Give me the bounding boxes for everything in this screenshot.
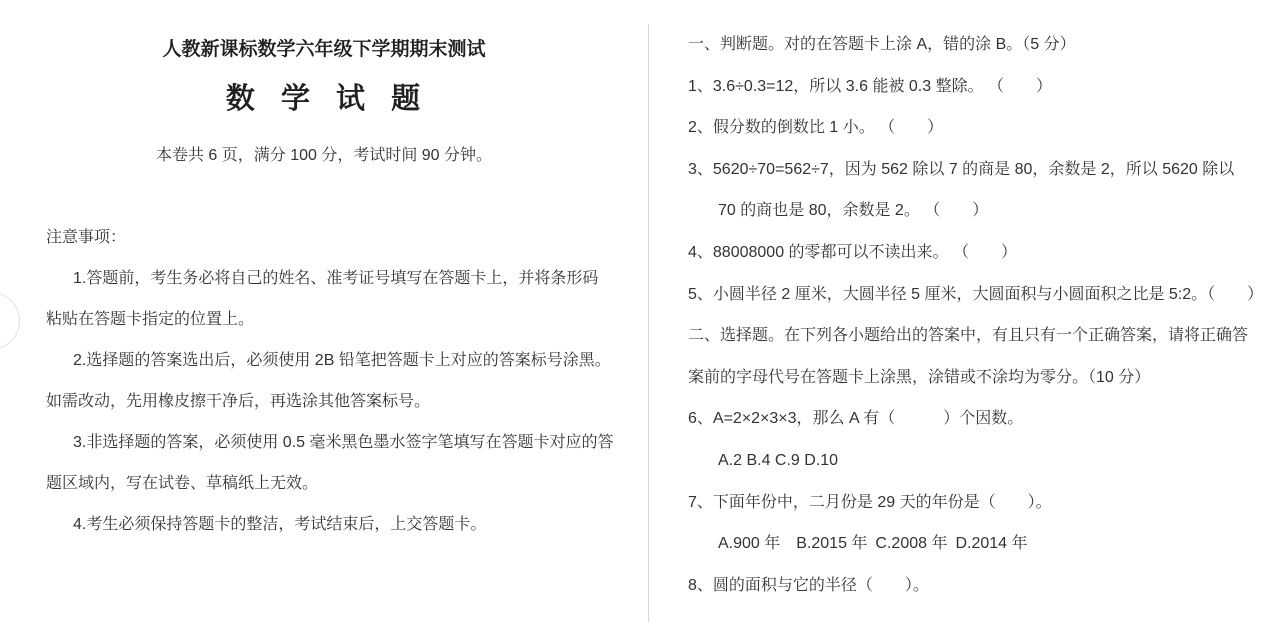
question-line: 4、88008000 的零都可以不读出来。 （ ）: [688, 232, 1274, 274]
question-line: A.2 B.4 C.9 D.10: [688, 440, 1274, 482]
note-line: 粘贴在答题卡指定的位置上。: [46, 299, 620, 340]
question-line: 7、下面年份中，二月份是 29 天的年份是（ ）。: [688, 482, 1274, 524]
question-line: 8、圆的面积与它的半径（ ）。: [688, 565, 1274, 607]
question-line: 3、5620÷70=562÷7，因为 562 除以 7 的商是 80，余数是 2…: [688, 149, 1274, 191]
notes-lines: 1.答题前，考生务必将自己的姓名、准考证号填写在答题卡上，并将条形码粘贴在答题卡…: [46, 258, 620, 545]
note-line: 2.选择题的答案选出后，必须使用 2B 铅笔把答题卡上对应的答案标号涂黑。: [46, 340, 620, 381]
question-line: 案前的字母代号在答题卡上涂黑，涂错或不涂均为零分。（10 分）: [688, 357, 1274, 399]
question-lines: 一、判断题。对的在答题卡上涂 A，错的涂 B。（5 分）1、3.6÷0.3=12…: [688, 24, 1274, 606]
note-line: 题区域内，写在试卷、草稿纸上无效。: [46, 463, 620, 504]
right-column: 一、判断题。对的在答题卡上涂 A，错的涂 B。（5 分）1、3.6÷0.3=12…: [688, 24, 1274, 606]
exam-title: 数 学 试 题: [0, 76, 648, 117]
question-line: 一、判断题。对的在答题卡上涂 A，错的涂 B。（5 分）: [688, 24, 1274, 66]
question-line: 5、小圆半径 2 厘米，大圆半径 5 厘米，大圆面积与小圆面积之比是 5:2。（…: [688, 274, 1274, 316]
notes-heading: 注意事项：: [46, 217, 620, 258]
left-column: 人教新课标数学六年级下学期期末测试 数 学 试 题 本卷共 6 页，满分 100…: [0, 0, 648, 628]
question-line: 1、3.6÷0.3=12，所以 3.6 能被 0.3 整除。 （ ）: [688, 66, 1274, 108]
exam-meta: 本卷共 6 页，满分 100 分，考试时间 90 分钟。: [0, 142, 648, 165]
note-line: 4.考生必须保持答题卡的整洁，考试结束后，上交答题卡。: [46, 504, 620, 545]
question-line: 2、假分数的倒数比 1 小。 （ ）: [688, 107, 1274, 149]
note-line: 1.答题前，考生务必将自己的姓名、准考证号填写在答题卡上，并将条形码: [46, 258, 620, 299]
question-line: 二、选择题。在下列各小题给出的答案中，有且只有一个正确答案，请将正确答: [688, 315, 1274, 357]
question-line: 6、A=2×2×3×3，那么 A 有（ ）个因数。: [688, 398, 1274, 440]
question-line: A.900 年 B.2015 年 C.2008 年 D.2014 年: [688, 523, 1274, 565]
question-line: 70 的商也是 80，余数是 2。 （ ）: [688, 190, 1274, 232]
note-line: 3.非选择题的答案，必须使用 0.5 毫米黑色墨水签字笔填写在答题卡对应的答: [46, 422, 620, 463]
exam-document-page: 人教新课标数学六年级下学期期末测试 数 学 试 题 本卷共 6 页，满分 100…: [0, 0, 1274, 628]
note-line: 如需改动，先用橡皮擦干净后，再选涂其他答案标号。: [46, 381, 620, 422]
exam-notes: 注意事项： 1.答题前，考生务必将自己的姓名、准考证号填写在答题卡上，并将条形码…: [46, 217, 620, 545]
column-divider: [648, 24, 649, 622]
course-title: 人教新课标数学六年级下学期期末测试: [0, 34, 648, 61]
